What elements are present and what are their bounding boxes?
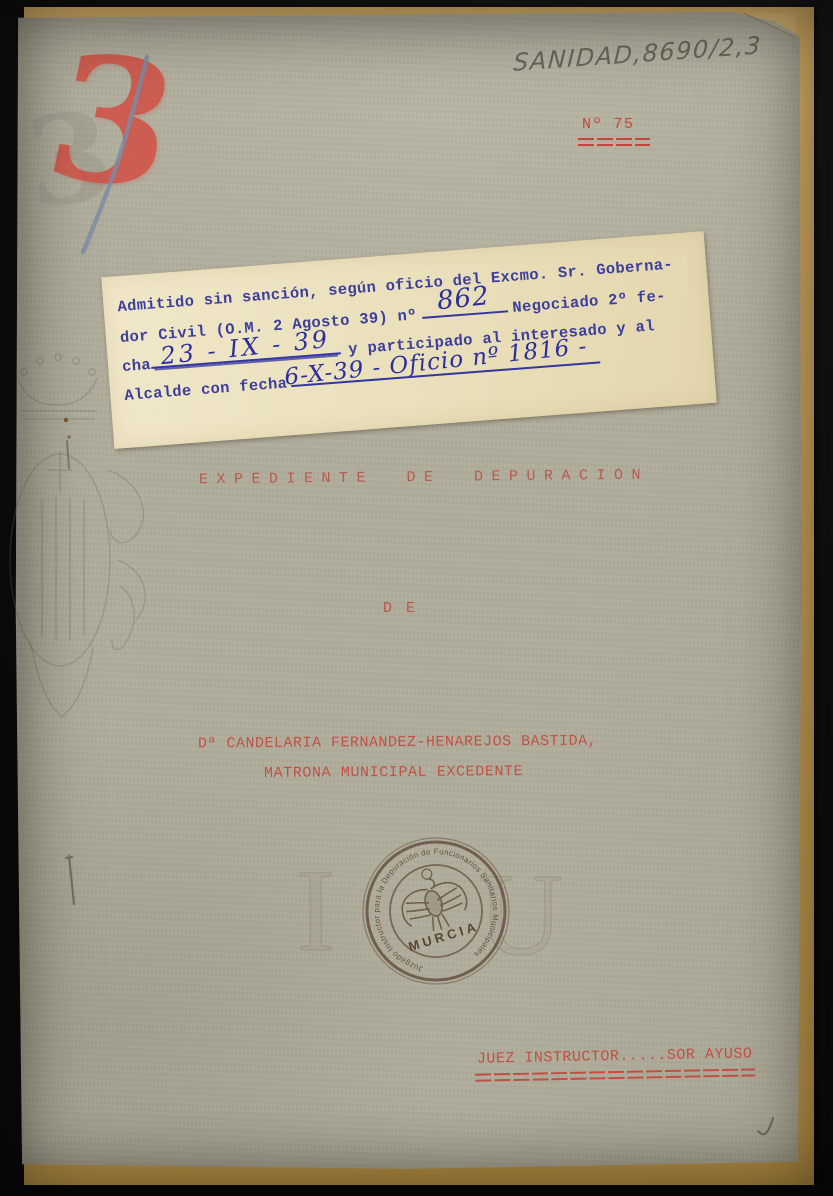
- file-number: Nº 75: [582, 116, 635, 133]
- corner-numeral-red-crayon: 3: [35, 30, 190, 213]
- subject-name: Dª CANDELARIA FERNANDEZ-HENAREJOS BASTID…: [198, 733, 597, 753]
- file-number-block: Nº 75: [582, 116, 650, 146]
- slip-line-2-blank: 862: [421, 297, 508, 319]
- title-connector: DE: [383, 600, 429, 617]
- slip-line-3-pre: cha: [122, 356, 152, 376]
- judge-instructor-line: JUEZ INSTRUCTOR.....SOR AYUSO: [477, 1045, 753, 1067]
- slip-line-2-handwritten-fill: 862: [435, 281, 490, 316]
- scan-backdrop: SANIDAD,8690/2,3 3 3 Nº 75 Admitido sin …: [0, 0, 833, 1196]
- footer-double-underline: [475, 1068, 755, 1081]
- slip-line-2-post: Negociado 2º fe-: [512, 287, 667, 317]
- subject-role: MATRONA MUNICIPAL EXCEDENTE: [264, 763, 523, 782]
- document-page: SANIDAD,8690/2,3 3 3 Nº 75 Admitido sin …: [15, 12, 802, 1170]
- footer-block: JUEZ INSTRUCTOR.....SOR AYUSO: [477, 1045, 756, 1081]
- file-number-double-underline: [578, 138, 650, 146]
- slip-line-4-pre: Alcalde con fecha: [124, 374, 288, 404]
- page-title: EXPEDIENTE DE DEPURACION: [199, 467, 649, 489]
- archive-reference-handwritten: SANIDAD,8690/2,3: [513, 31, 763, 77]
- admission-note-slip: Admitido sin sanción, según oficio del E…: [101, 231, 716, 449]
